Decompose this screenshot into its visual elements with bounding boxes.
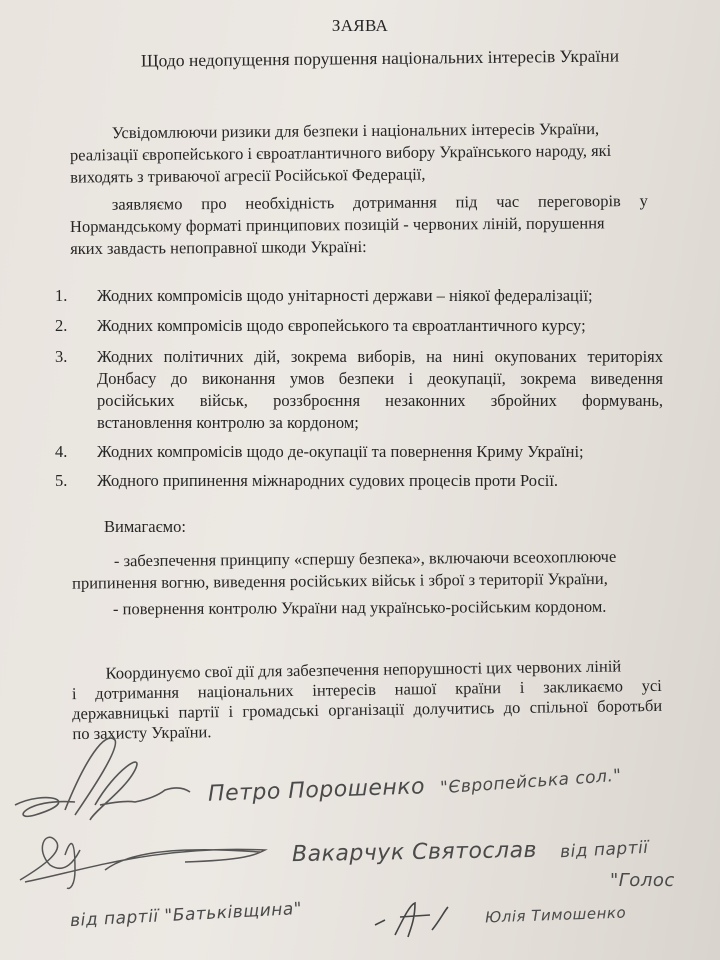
signature-name-3: Юлія Тимошенко xyxy=(485,904,627,927)
list-number: 4. xyxy=(55,441,81,463)
intro-paragraph: Усвідомлюючи ризики для безпеки і націон… xyxy=(70,117,661,188)
signature-party-2a: від партії xyxy=(560,838,650,863)
signature-name-2: Вакарчук Святослав xyxy=(292,838,537,867)
list-number: 2. xyxy=(55,315,81,337)
signature-party-1: "Європейська сол." xyxy=(440,766,623,799)
demands-heading: Вимагаємо: xyxy=(104,516,186,538)
declaration-line: Нормандському форматі принципових позиці… xyxy=(70,212,648,238)
list-text: Донбасу до виконання умов безпеки і деок… xyxy=(97,368,663,390)
list-text: встановлення контролю за кордоном; xyxy=(97,412,663,434)
scanned-document-page: ЗАЯВА Щодо недопущення порушення націона… xyxy=(0,0,720,960)
document-title: ЗАЯВА xyxy=(0,16,720,36)
declaration-line: яких завдасть непоправної шкоди Україні: xyxy=(70,234,648,260)
signature-scribble-3 xyxy=(370,895,480,945)
list-number: 5. xyxy=(55,470,81,492)
list-number: 3. xyxy=(55,346,81,368)
document-subtitle: Щодо недопущення порушення національних … xyxy=(120,45,640,71)
declaration-paragraph: заявляємо про необхідність дотримання пі… xyxy=(70,190,648,260)
demand-line: припинення вогню, виведення російських в… xyxy=(72,567,662,594)
list-text: російських військ, роззброєння незаконни… xyxy=(97,390,663,412)
list-text: Жодних компромісів щодо де-окупації та п… xyxy=(97,441,657,463)
list-text: Жодних політичних дій, зокрема виборів, … xyxy=(97,346,663,368)
demand-item: - повернення контролю України над україн… xyxy=(113,596,606,621)
demand-item: - забезпечення принципу «спершу безпека»… xyxy=(72,545,662,594)
signature-scribble-1 xyxy=(5,730,205,840)
list-text: Жодних компромісів щодо європейського та… xyxy=(97,315,657,337)
signature-party-2b: "Голос xyxy=(610,870,675,891)
list-number: 1. xyxy=(55,285,81,307)
list-text: Жодних компромісів щодо унітарності держ… xyxy=(97,285,657,307)
list-text: Жодного припинення міжнародних судових п… xyxy=(97,470,657,492)
intro-line: виходять з триваючої агресії Російської … xyxy=(70,161,660,188)
demand-line: - повернення контролю України над україн… xyxy=(113,596,606,621)
signature-name-1: Петро Порошенко xyxy=(208,774,426,807)
